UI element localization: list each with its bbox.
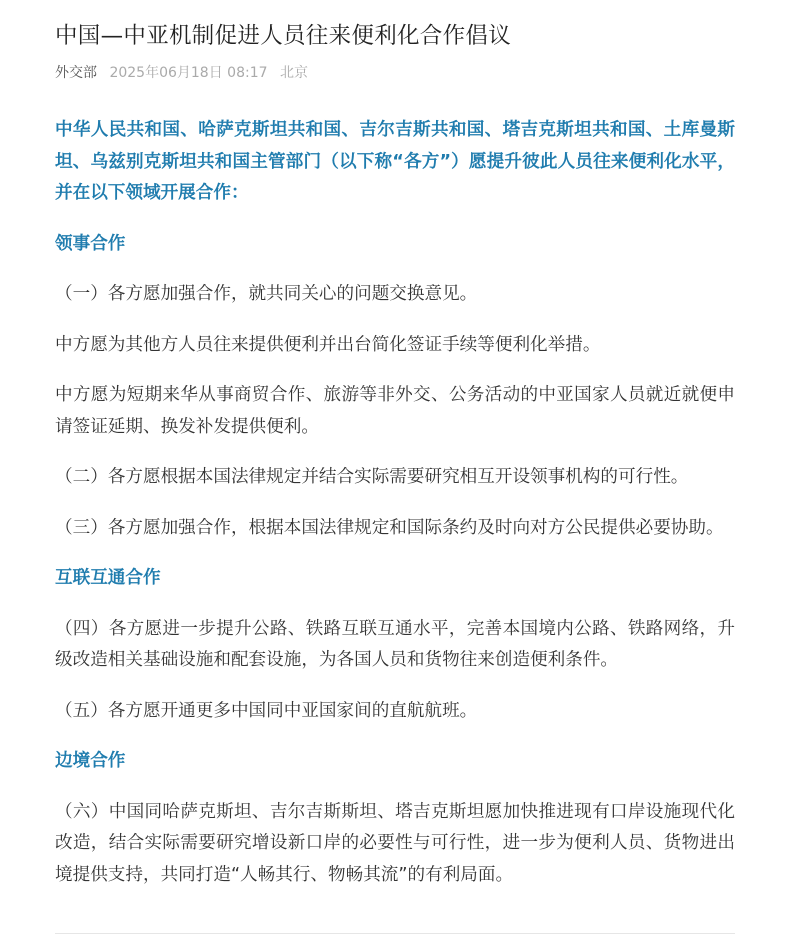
- paragraph: 中方愿为短期来华从事商贸合作、旅游等非外交、公务活动的中亚国家人员就近就便申请签…: [55, 380, 735, 443]
- section-heading-connectivity: 互联互通合作: [55, 563, 735, 595]
- section-heading-border: 边境合作: [55, 746, 735, 778]
- article-date: 2025年06月18日 08:17: [109, 65, 267, 81]
- article-title: 中国—中亚机制促进人员往来便利化合作倡议: [55, 20, 511, 52]
- paragraph: （二）各方愿根据本国法律规定并结合实际需要研究相互开设领事机构的可行性。: [55, 462, 735, 494]
- paragraph: 中方愿为其他方人员往来提供便利并出台简化签证手续等便利化举措。: [55, 330, 735, 362]
- paragraph: （三）各方愿加强合作，根据本国法律规定和国际条约及时向对方公民提供必要协助。: [55, 513, 735, 545]
- section-heading-consular: 领事合作: [55, 229, 735, 261]
- intro-paragraph: 中华人民共和国、哈萨克斯坦共和国、吉尔吉斯共和国、塔吉克斯坦共和国、土库曼斯坦、…: [55, 115, 735, 210]
- paragraph: （四）各方愿进一步提升公路、铁路互联互通水平，完善本国境内公路、铁路网络，升级改…: [55, 614, 735, 677]
- article-source: 外交部: [55, 65, 97, 81]
- content-divider: [55, 933, 735, 934]
- article-body: 中华人民共和国、哈萨克斯坦共和国、吉尔吉斯共和国、塔吉克斯坦共和国、土库曼斯坦、…: [55, 115, 735, 891]
- paragraph: （六）中国同哈萨克斯坦、吉尔吉斯斯坦、塔吉克斯坦愿加快推进现有口岸设施现代化改造…: [55, 797, 735, 892]
- article-location: 北京: [280, 65, 308, 81]
- article-meta: 外交部 2025年06月18日 08:17 北京: [55, 63, 308, 83]
- paragraph: （五）各方愿开通更多中国同中亚国家间的直航航班。: [55, 696, 735, 728]
- paragraph: （一）各方愿加强合作，就共同关心的问题交换意见。: [55, 279, 735, 311]
